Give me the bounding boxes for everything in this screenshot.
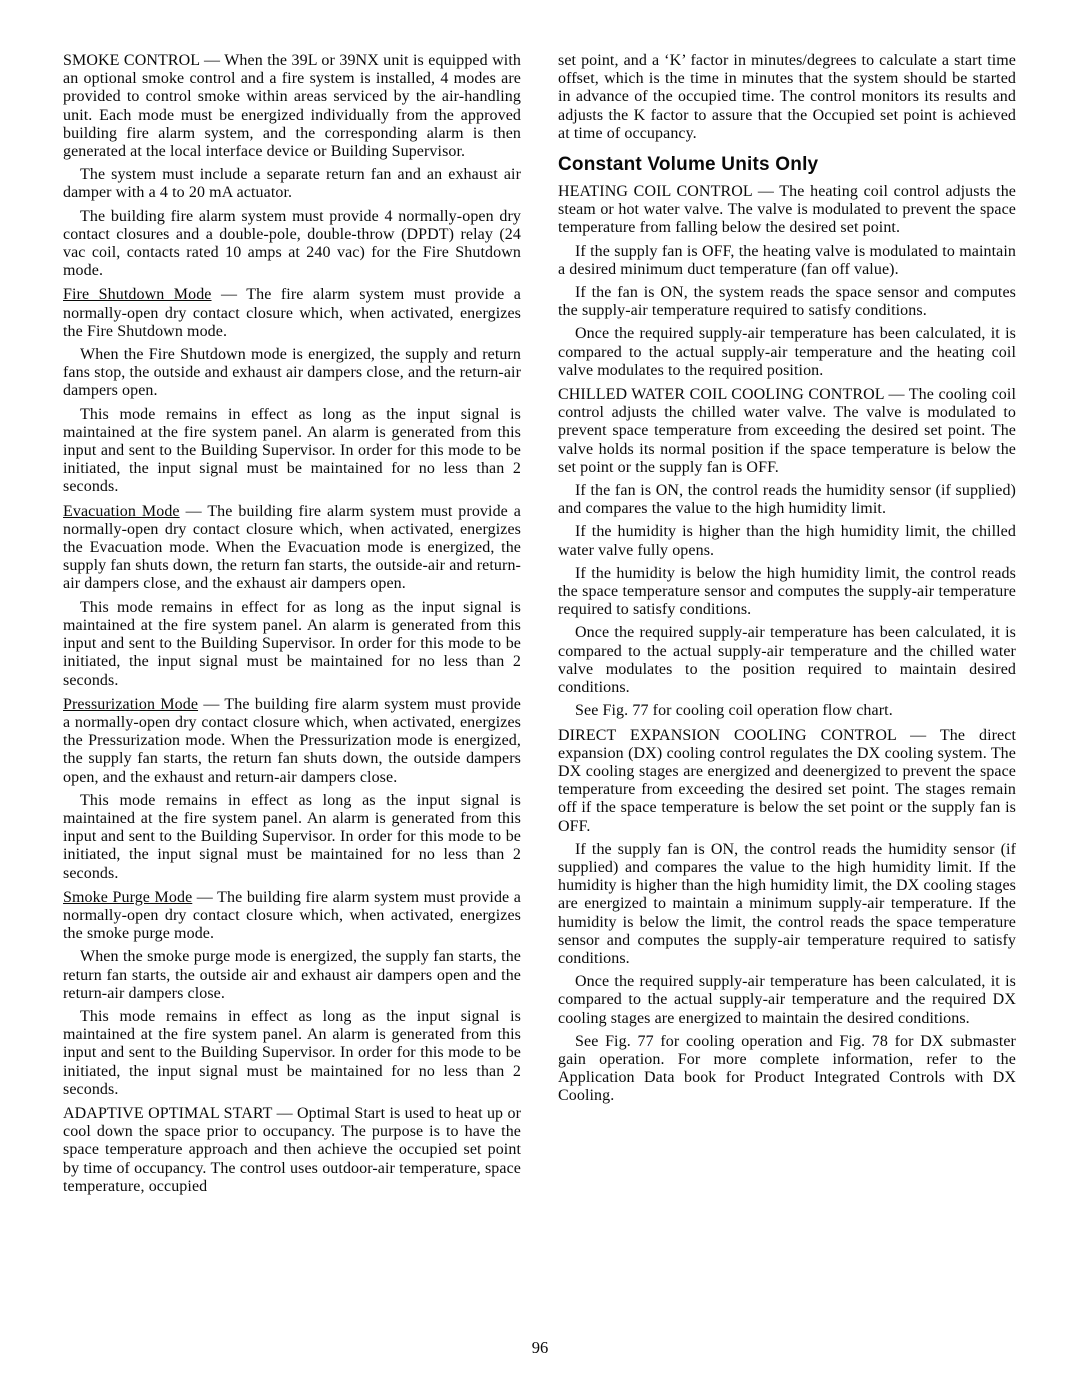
paragraph: If the supply fan is OFF, the heating va… — [558, 243, 1016, 279]
paragraph: set point, and a ‘K’ factor in minutes/d… — [558, 52, 1016, 143]
paragraph: This mode remains in effect for as long … — [63, 599, 521, 690]
paragraph: This mode remains in effect as long as t… — [63, 792, 521, 883]
underlined-lead: Smoke Purge Mode — [63, 889, 192, 906]
paragraph: HEATING COIL CONTROL — The heating coil … — [558, 183, 1016, 238]
paragraph: ADAPTIVE OPTIMAL START — Optimal Start i… — [63, 1105, 521, 1196]
paragraph: If the humidity is higher than the high … — [558, 523, 1016, 559]
paragraph: DIRECT EXPANSION COOLING CONTROL — The d… — [558, 727, 1016, 836]
paragraph: If the supply fan is ON, the control rea… — [558, 841, 1016, 968]
paragraph: Once the required supply-air temperature… — [558, 624, 1016, 697]
paragraph: When the smoke purge mode is energized, … — [63, 948, 521, 1003]
right-column: set point, and a ‘K’ factor in minutes/d… — [558, 52, 1016, 1201]
underlined-lead: Pressurization Mode — [63, 696, 198, 713]
underlined-lead: Evacuation Mode — [63, 503, 180, 520]
paragraph: Once the required supply-air temperature… — [558, 325, 1016, 380]
paragraph: If the fan is ON, the system reads the s… — [558, 284, 1016, 320]
paragraph: Fire Shutdown Mode — The fire alarm syst… — [63, 286, 521, 341]
paragraph: If the fan is ON, the control reads the … — [558, 482, 1016, 518]
section-heading: Constant Volume Units Only — [558, 154, 1016, 176]
paragraph: The system must include a separate retur… — [63, 166, 521, 202]
paragraph: SMOKE CONTROL — When the 39L or 39NX uni… — [63, 52, 521, 161]
paragraph: This mode remains in effect as long as t… — [63, 406, 521, 497]
paragraph: Pressurization Mode — The building fire … — [63, 696, 521, 787]
left-column: SMOKE CONTROL — When the 39L or 39NX uni… — [63, 52, 521, 1201]
page-number: 96 — [0, 1338, 1080, 1358]
paragraph: See Fig. 77 for cooling coil operation f… — [558, 702, 1016, 720]
text-columns: SMOKE CONTROL — When the 39L or 39NX uni… — [0, 0, 1080, 1201]
paragraph: CHILLED WATER COIL COOLING CONTROL — The… — [558, 386, 1016, 477]
document-page: SMOKE CONTROL — When the 39L or 39NX uni… — [0, 0, 1080, 1397]
paragraph: If the humidity is below the high humidi… — [558, 565, 1016, 620]
paragraph: See Fig. 77 for cooling operation and Fi… — [558, 1033, 1016, 1106]
paragraph: Smoke Purge Mode — The building fire ala… — [63, 889, 521, 944]
paragraph: This mode remains in effect as long as t… — [63, 1008, 521, 1099]
paragraph: When the Fire Shutdown mode is energized… — [63, 346, 521, 401]
paragraph: Once the required supply-air temperature… — [558, 973, 1016, 1028]
paragraph: The building fire alarm system must prov… — [63, 208, 521, 281]
underlined-lead: Fire Shutdown Mode — [63, 286, 212, 303]
paragraph: Evacuation Mode — The building fire alar… — [63, 503, 521, 594]
